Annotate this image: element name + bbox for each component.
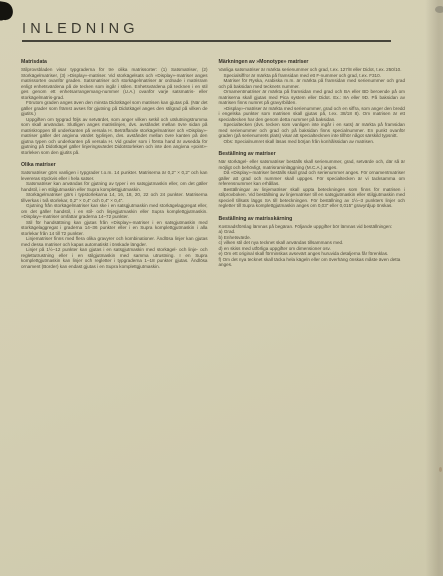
paragraph: Stilprovsbladen visar typgraderna för tr… <box>21 67 208 100</box>
paragraph: Storkägelmatriser görs i typstorlekarna … <box>21 192 208 203</box>
paragraph: Matriser för Ryska, Arabiska m.m. är mär… <box>219 78 406 89</box>
section-heading: Matrisdata <box>21 59 208 65</box>
paragraph: Linjematriser finns med flera olika grav… <box>21 236 208 247</box>
section-heading: Beställning av matriser <box>219 151 406 157</box>
list-item: f) Om det nya tecknet skall täcka hela k… <box>219 257 406 268</box>
paragraph: Satsmatriser görs vanligen i typgrader t… <box>21 170 208 181</box>
paragraph: Förutom graden anges även den minsta Did… <box>21 100 208 117</box>
edge-smudge-mark <box>435 6 443 13</box>
paragraph: Kostnadsförslag lämnas på begäran. Följa… <box>219 224 406 230</box>
paragraph: Uppgiften om typgrad följs av setvärdet,… <box>21 117 208 156</box>
paragraph: Satsmatriser kan användas för gjutning a… <box>21 181 208 192</box>
section-heading: Beställning av matrisskärning <box>219 216 406 222</box>
paragraph: Specialtecken (dvs. tecken som vanligen … <box>219 122 406 139</box>
paragraph: Obs: Specialnumret skall läsas med börja… <box>219 139 406 145</box>
paragraph: Linjer på 1½–12 punkter kan gjutas i en … <box>21 247 208 269</box>
paragraph: »Display»-matriser är märkta med serienu… <box>219 106 406 123</box>
list-item: e) Om ett original skall förminskas avse… <box>219 251 406 257</box>
section-markningen: Märkningen av »Monotype» matriser Vanlig… <box>219 59 406 144</box>
paragraph: Stil för handsättning kan gjutas från »D… <box>21 220 208 237</box>
title-underline-rule <box>22 40 391 42</box>
section-bestallning-matrisskarning: Beställning av matrisskärning Kostnadsfö… <box>219 216 406 268</box>
left-column: Matrisdata Stilprovsbladen visar typgrad… <box>21 59 208 276</box>
right-column: Märkningen av »Monotype» matriser Vanlig… <box>219 59 406 276</box>
edge-speck-mark <box>439 467 442 472</box>
paragraph: Ornamentmatriser är märkta på framsidan … <box>219 89 406 106</box>
section-bestallning-matriser: Beställning av matriser När storkägel- e… <box>219 151 406 209</box>
paragraph: Beställningar av linjematriser skall upp… <box>219 187 406 209</box>
paragraph: Då »Display»-matriser beställs skall gra… <box>219 170 406 187</box>
paragraph: Gjutning från storkägelmatriser kan ske … <box>21 203 208 220</box>
section-heading: Märkningen av »Monotype» matriser <box>219 59 406 65</box>
ink-blot-mark <box>0 1 14 21</box>
section-olika-matriser: Olika matriser Satsmatriser görs vanlige… <box>21 162 208 269</box>
section-matrisdata: Matrisdata Stilprovsbladen visar typgrad… <box>21 59 208 155</box>
text-block: Matrisdata Stilprovsbladen visar typgrad… <box>21 59 405 276</box>
scanned-page: INLEDNING Matrisdata Stilprovsbladen vis… <box>0 0 443 576</box>
ordering-requirements-list: a) Grad. b) Enhetsvärde. c) vilken stil … <box>219 229 406 268</box>
paragraph: Vanliga satsmatriser är märkta serienumm… <box>219 67 406 73</box>
section-heading: Olika matriser <box>21 162 208 168</box>
page-title: INLEDNING <box>22 21 139 37</box>
paragraph: När storkägel- eller satsmatriser bestäl… <box>219 159 406 170</box>
